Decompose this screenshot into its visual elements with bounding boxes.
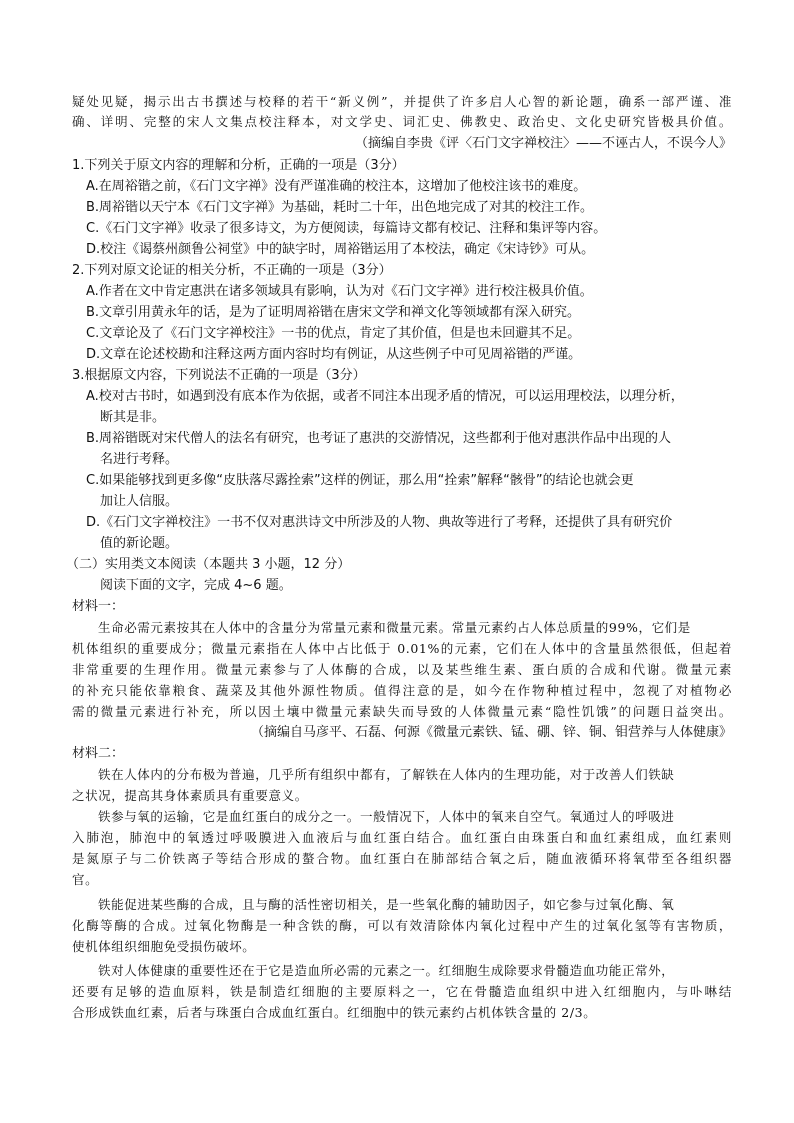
question-3-option-b-cont: 名进行考释。: [100, 450, 178, 470]
material-2-line: 铁参与氧的运输，它是血红蛋白的成分之一。一般情况下，人体中的氧来自空气。氧通过人…: [98, 807, 674, 827]
question-2-option-b: B.文章引用黄永年的话，是为了证明周裕锴在唐宋文学和禅文化等领域都有深入研究。: [86, 303, 580, 323]
material-1-label: 材料一：: [72, 597, 124, 617]
material-2-line: 化酶等酶的合成。过氧化物酶是一种含铁的酶，可以有效清除体内氧化过程中产生的过氧化…: [72, 916, 732, 936]
section-heading: （二）实用类文本阅读（本题共 3 小题，12 分）: [66, 555, 350, 575]
question-3-option-c-cont: 加让人信服。: [100, 492, 178, 512]
question-3-stem: 3.根据原文内容，下列说法不正确的一项是（3分）: [72, 366, 366, 386]
question-3-option-a-cont: 断其是非。: [100, 408, 165, 428]
material-1-line: 需的微量元素进行补充，所以因土壤中微量元素缺失而导致的人体微量元素“隐性饥饿”的…: [72, 702, 732, 722]
material-1-line: 机体组织的重要成分；微量元素指在人体中占比低于 0.01%的元素，它们在人体中的…: [72, 639, 732, 659]
material-1-line: 非常重要的生理作用。微量元素参与了人体酶的合成，以及某些维生素、蛋白质的合成和代…: [72, 660, 732, 680]
question-2-option-d: D.文章在论述校勘和注释这两方面内容时均有例证，从这些例子中可见周裕锴的严谨。: [86, 345, 581, 365]
question-2-option-c: C.文章论及了《石门文字禅校注》一书的优点，肯定了其价值，但是也未回避其不足。: [86, 324, 580, 344]
material-2-line: 还要有足够的造血原料，铁是制造红细胞的主要原料之一，它在骨髓造血组织中进入红细胞…: [72, 982, 732, 1002]
material-1-line: 生命必需元素按其在人体中的含量分为常量元素和微量元素。常量元素约占人体总质量的9…: [98, 618, 691, 638]
question-1-option-d: D.校注《谒蔡州颜鲁公祠堂》中的缺字时，周裕锴运用了本校法，确定《宋诗钞》可从。: [86, 240, 594, 260]
question-3-option-d: D.《石门文字禅校注》一书不仅对惠洪诗文中所涉及的人物、典故等进行了考释，还提供…: [86, 513, 672, 533]
question-1-option-c: C.《石门文字禅》收录了很多诗文，为方便阅读，每篇诗文都有校记、注释和集评等内容…: [86, 219, 606, 239]
material-2-line: 入肺泡，肺泡中的氧透过呼吸膜进入血液后与血红蛋白结合。血红蛋白由珠蛋白和血红素组…: [72, 828, 732, 848]
material-2-line: 铁对人体健康的重要性还在于它是造血所必需的元素之一。红细胞生成除要求骨髓造血功能…: [98, 961, 674, 981]
material-2-line: 铁在人体内的分布极为普遍，几乎所有组织中都有，了解铁在人体内的生理功能，对于改善…: [98, 765, 674, 785]
material-1-source: （摘编自马彦平、石磊、何源《微量元素铁、锰、硼、锌、铜、钼营养与人体健康》: [251, 723, 732, 743]
material-2-line: 使机体组织细胞免受损伤破坏。: [72, 937, 255, 957]
material-2-line: 之状况，提高其身体素质具有重要意义。: [72, 786, 308, 806]
passage-line: 确、详明、完整的宋人文集点校注释本，对文学史、词汇史、佛教史、政治史、文化史研究…: [72, 112, 732, 132]
question-2-stem: 2.下列对原文论证的相关分析，不正确的一项是（3分）: [72, 261, 392, 281]
material-2-line: 官。: [72, 870, 98, 890]
question-1-option-b: B.周裕锴以天宁本《石门文字禅》为基础，耗时二十年，出色地完成了对其的校注工作。: [86, 198, 593, 218]
question-3-option-b: B.周裕锴既对宋代僧人的法名有研究，也考证了惠洪的交游情况，这些都利于他对惠洪作…: [86, 429, 671, 449]
material-2-line: 合形成铁血红素，后者与珠蛋白合成血红蛋白。红细胞中的铁元素约占机体铁含量的 2/…: [72, 1003, 596, 1023]
passage-source: （摘编自李贵《评〈石门文字禅校注〉——不诬古人，不误今人》: [355, 134, 732, 154]
material-2-line: 铁能促进某些酶的合成，且与酶的活性密切相关，是一些氧化酶的辅助因子，如它参与过氧…: [98, 895, 674, 915]
question-2-option-a: A.作者在文中肯定惠洪在诸多领域具有影响，认为对《石门文字禅》进行校注极具价值。: [86, 282, 593, 302]
material-1-line: 的补充只能依靠粮食、蔬菜及其他外源性物质。值得注意的是，如今在作物种植过程中，忽…: [72, 681, 732, 701]
question-3-option-c: C.如果能够找到更多像“皮肤落尽露拴索”这样的例证，那么用“拴索”解释“骸骨”的…: [86, 471, 634, 491]
material-2-line: 是氮原子与二价铁离子等结合形成的螯合物。血红蛋白在肺部结合氧之后，随血液循环将氧…: [72, 849, 732, 869]
section-instruction: 阅读下面的文字，完成 4~6 题。: [100, 576, 292, 596]
question-3-option-a: A.校对古书时，如遇到没有底本作为依据，或者不同注本出现矛盾的情况，可以运用理校…: [86, 387, 684, 407]
question-1-option-a: A.在周裕锴之前，《石门文字禅》没有严谨准确的校注本，这增加了他校注该书的难度。: [86, 177, 586, 197]
question-1-stem: 1.下列关于原文内容的理解和分析，正确的一项是（3分）: [72, 156, 405, 176]
question-3-option-d-cont: 值的新论题。: [100, 534, 178, 554]
passage-line: 疑处见疑，揭示出古书撰述与校释的若干“新义例”，并提供了许多启人心智的新论题，确…: [72, 92, 732, 112]
material-2-label: 材料二：: [72, 744, 124, 764]
